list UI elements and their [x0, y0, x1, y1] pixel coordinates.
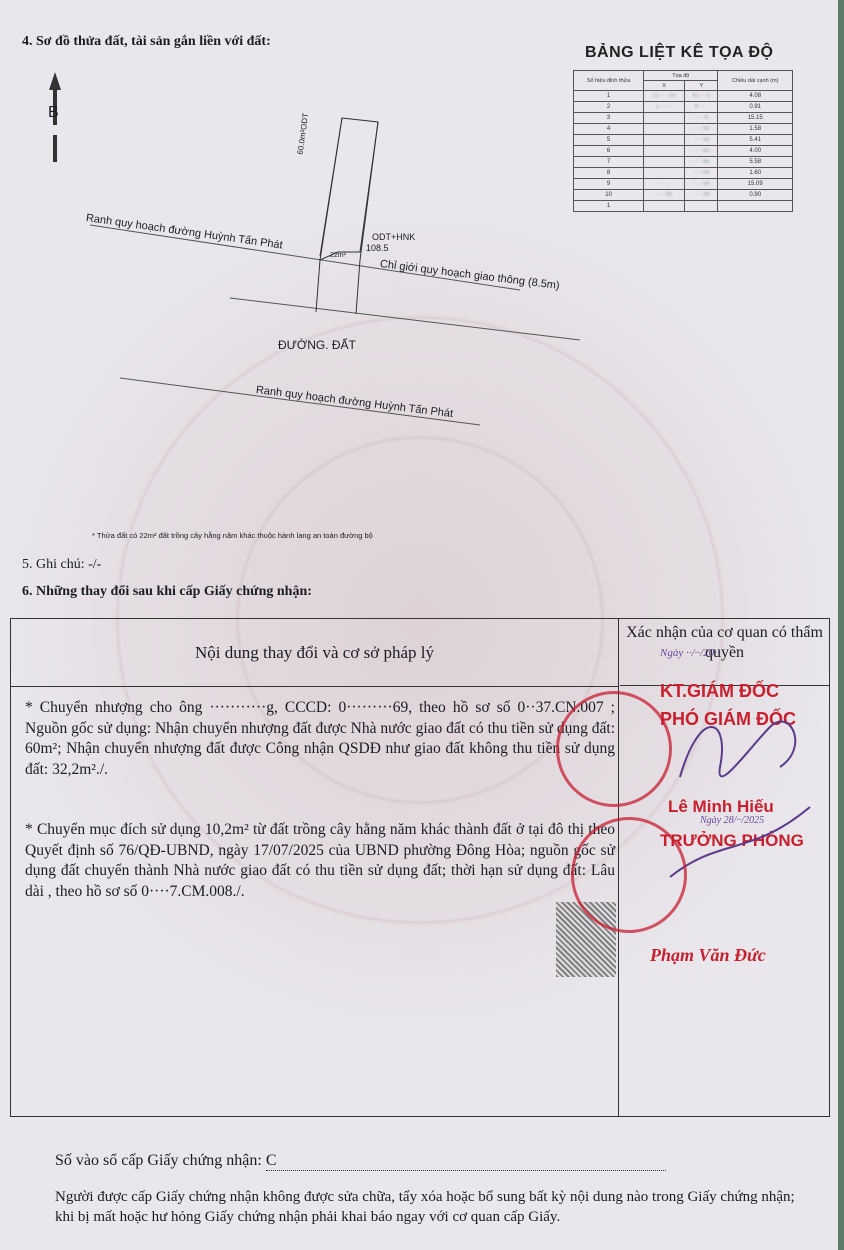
coordinate-cell-length: 1.58 [718, 124, 793, 135]
changes-content-cell: * Chuyển nhượng cho ông ···········g, CC… [11, 687, 619, 1116]
coordinate-cell-x: ·····95 [644, 190, 685, 201]
stamp-urban-infrastructure [571, 817, 687, 933]
header-x: X [644, 81, 685, 91]
register-number-row: Số vào sổ cấp Giấy chứng nhận:C [55, 1152, 666, 1171]
changes-header-content: Nội dung thay đổi và cơ sở pháp lý [11, 619, 619, 687]
coordinate-row: 8·····841.60 [574, 168, 793, 179]
header-coords: Tọa độ [644, 71, 718, 81]
signature-icon [660, 687, 830, 887]
coordinate-row: 5·····435.41 [574, 135, 793, 146]
header-y: Y [685, 81, 718, 91]
coordinate-cell-y: ·····85 [685, 157, 718, 168]
coordinate-row: 9··········5415.09 [574, 179, 793, 190]
diagram-footnote: * Thửa đất có 22m² đất trồng cây hằng nă… [92, 531, 373, 540]
coordinate-cell-length: 4.00 [718, 146, 793, 157]
coordinate-cell-point: 1 [574, 91, 644, 102]
footer-note: Người được cấp Giấy chứng nhận không đượ… [55, 1187, 815, 1227]
section-5-note: 5. Ghi chú: -/- [22, 557, 101, 573]
coordinate-row: 112·····5561····04.08 [574, 91, 793, 102]
coordinate-cell-x [644, 113, 685, 124]
header-length: Chiều dài cạnh (m) [718, 71, 793, 91]
coordinate-cell-length: 15.15 [718, 113, 793, 124]
coordinate-cell-y: ·····93 [685, 124, 718, 135]
land-type-label: ODT+HNK [372, 232, 415, 242]
coordinate-cell-y [685, 201, 718, 212]
coordinate-cell-point: 2 [574, 102, 644, 113]
coordinate-row: 7·····855.58 [574, 157, 793, 168]
coordinate-cell-point: 6 [574, 146, 644, 157]
coordinate-cell-length: 15.09 [718, 179, 793, 190]
coordinate-table: Số hiệu đỉnh thửa Tọa độ Chiều dài cạnh … [573, 70, 793, 212]
register-label: Số vào sổ cấp Giấy chứng nhận: [55, 1152, 262, 1169]
coordinate-cell-point: 9 [574, 179, 644, 190]
coordinate-cell-y: ·····43 [685, 135, 718, 146]
coordinate-cell-x [644, 168, 685, 179]
coordinate-cell-length: 0.90 [718, 190, 793, 201]
coordinate-cell-x [644, 157, 685, 168]
coordinate-cell-length [718, 201, 793, 212]
coordinate-cell-y: 6····· [685, 102, 718, 113]
section-4-title: 4. Sơ đồ thửa đất, tài sản gắn liền với … [22, 34, 271, 50]
coordinate-row: 21·······6·····0.91 [574, 102, 793, 113]
coordinate-row: 1 [574, 201, 793, 212]
coordinate-cell-x [644, 201, 685, 212]
coordinate-row: 10·····95·····390.90 [574, 190, 793, 201]
coordinate-cell-x: 1······· [644, 102, 685, 113]
coordinate-cell-x: ····· [644, 179, 685, 190]
header-point: Số hiệu đỉnh thửa [574, 71, 644, 91]
coordinate-cell-length: 5.58 [718, 157, 793, 168]
coordinate-cell-length: 5.41 [718, 135, 793, 146]
coordinate-cell-point: 4 [574, 124, 644, 135]
changes-header-confirmation: Xác nhận của cơ quan có thẩm quyền [620, 619, 829, 686]
register-value: C [266, 1152, 666, 1171]
area-label: 108.5 [366, 243, 389, 253]
road-label: ĐƯỜNG. ĐẤT [278, 338, 356, 352]
coordinate-cell-point: 1 [574, 201, 644, 212]
coordinate-cell-point: 3 [574, 113, 644, 124]
coordinate-cell-point: 10 [574, 190, 644, 201]
coordinate-cell-x: 12·····55 [644, 91, 685, 102]
change-entry-transfer: * Chuyển nhượng cho ông ···········g, CC… [25, 698, 615, 780]
coordinate-cell-y: ·····6 [685, 113, 718, 124]
confirm-1-date: Ngày ··/··/20·· [660, 647, 720, 659]
coordinate-cell-x [644, 135, 685, 146]
coordinate-cell-length: 0.91 [718, 102, 793, 113]
coordinate-cell-x [644, 124, 685, 135]
confirm-2-signer: Phạm Văn Đức [650, 945, 766, 966]
coordinate-cell-y: ·····84 [685, 168, 718, 179]
coordinate-cell-point: 8 [574, 168, 644, 179]
land-certificate-page: 4. Sơ đồ thửa đất, tài sản gắn liền với … [0, 0, 838, 1250]
coordinate-cell-y: ·····39 [685, 190, 718, 201]
coordinate-cell-x [644, 146, 685, 157]
coordinate-cell-point: 7 [574, 157, 644, 168]
coordinate-cell-y: 61····0 [685, 91, 718, 102]
coordinate-row: 6·····824.00 [574, 146, 793, 157]
coordinate-row: 3·····615.15 [574, 113, 793, 124]
coordinate-cell-length: 4.08 [718, 91, 793, 102]
change-entry-purpose: * Chuyển mục đích sử dụng 10,2m² từ đất … [25, 820, 615, 902]
coordinate-table-title: BẢNG LIỆT KÊ TỌA ĐỘ [585, 44, 773, 62]
small-area-label: 22m² [330, 252, 346, 259]
coordinate-cell-y: ·····54 [685, 179, 718, 190]
coordinate-row: 4·····931.58 [574, 124, 793, 135]
coordinate-cell-point: 5 [574, 135, 644, 146]
changes-table: Nội dung thay đổi và cơ sở pháp lý Xác n… [10, 618, 830, 1117]
coordinate-cell-length: 1.60 [718, 168, 793, 179]
coordinate-cell-y: ·····82 [685, 146, 718, 157]
section-6-title: 6. Những thay đổi sau khi cấp Giấy chứng… [22, 584, 312, 600]
stamp-land-registration [556, 691, 672, 807]
